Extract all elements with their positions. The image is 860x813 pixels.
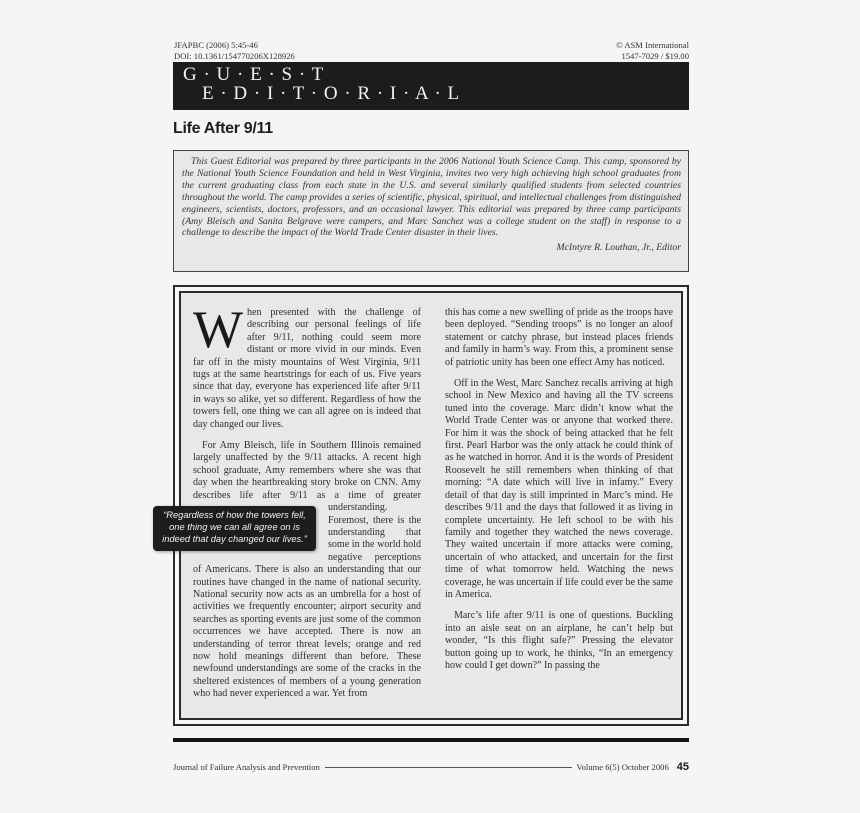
footer-rule bbox=[173, 738, 689, 742]
paragraph: Off in the West, Marc Sanchez recalls ar… bbox=[445, 378, 673, 601]
guest-editorial-banner: G · U · E · S · T E · D · I · T · O · R … bbox=[173, 62, 689, 110]
paragraph: Marc’s life after 9/11 is one of questio… bbox=[445, 610, 673, 672]
journal-name: Journal of Failure Analysis and Preventi… bbox=[173, 762, 320, 772]
page-footer: Journal of Failure Analysis and Preventi… bbox=[173, 760, 689, 774]
editor-note-text: This Guest Editorial was prepared by thr… bbox=[182, 156, 681, 239]
column-right: this has come a new swelling of pride as… bbox=[445, 307, 673, 681]
copyright-info: © ASM International 1547-7029 / $19.00 bbox=[616, 40, 689, 61]
copyright: © ASM International bbox=[616, 40, 689, 51]
pull-quote: “Regardless of how the towers fell, one … bbox=[153, 506, 316, 551]
editor-signature: McIntyre R. Louthan, Jr., Editor bbox=[182, 242, 681, 254]
journal-page: JFAPBC (2006) 5:45-46 DOI: 10.1361/15477… bbox=[0, 0, 860, 813]
paragraph: this has come a new swelling of pride as… bbox=[445, 307, 673, 369]
article-title: Life After 9/11 bbox=[173, 120, 273, 138]
banner-line-2: E · D · I · T · O · R · I · A · L bbox=[183, 84, 689, 103]
paragraph: When presented with the challenge of des… bbox=[193, 307, 421, 431]
volume-info: Volume 6(5) October 2006 bbox=[577, 762, 669, 772]
footer-divider bbox=[325, 767, 572, 768]
page-number: 45 bbox=[677, 761, 689, 773]
journal-code: JFAPBC (2006) 5:45-46 bbox=[174, 40, 295, 51]
citation-info: JFAPBC (2006) 5:45-46 DOI: 10.1361/15477… bbox=[174, 40, 295, 61]
banner-line-1: G · U · E · S · T bbox=[183, 66, 689, 84]
drop-cap: W bbox=[193, 310, 243, 350]
doi: DOI: 10.1361/154770206X128926 bbox=[174, 51, 295, 62]
issn-price: 1547-7029 / $19.00 bbox=[616, 51, 689, 62]
paragraph: For Amy Bleisch, life in Southern Illino… bbox=[193, 440, 421, 701]
editor-note-box: This Guest Editorial was prepared by thr… bbox=[173, 150, 689, 272]
